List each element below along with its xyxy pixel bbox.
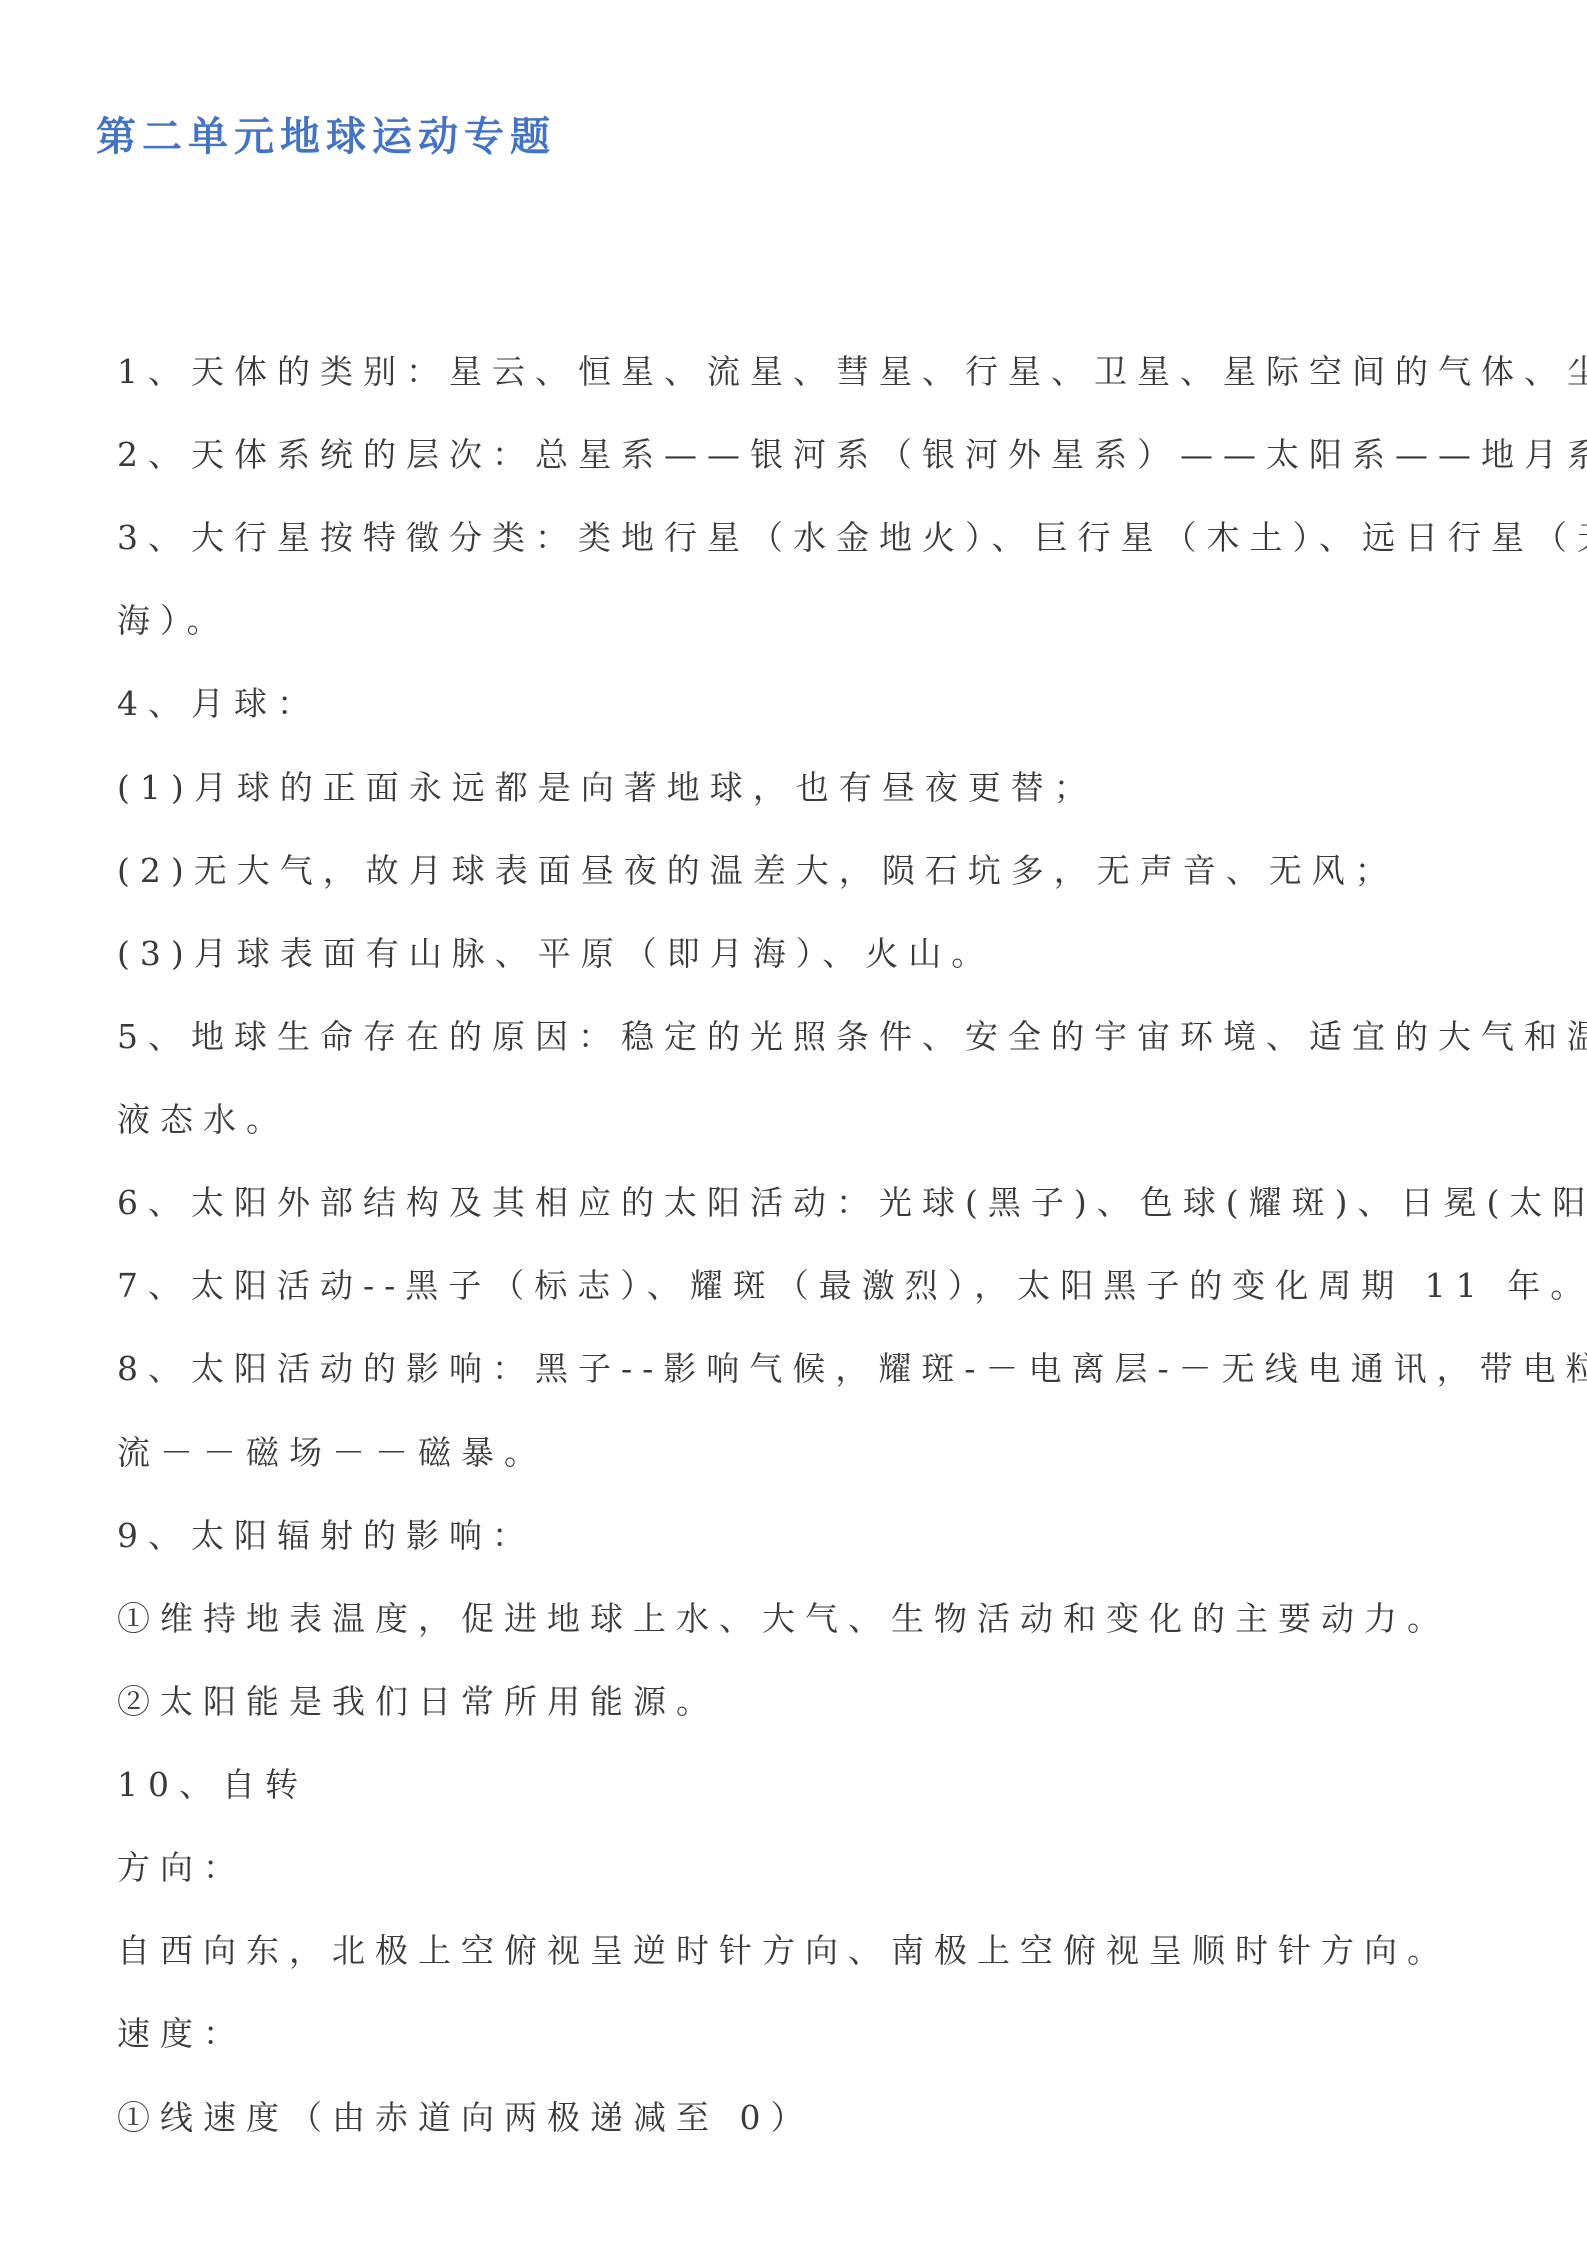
item-4-sub-1: (1)月球的正面永远都是向著地球，也有昼夜更替；	[117, 763, 1097, 813]
item-5-life-conditions: 5、地球生命存在的原因：稳定的光照条件、安全的宇宙环境、适宜的大气和温度、	[117, 1012, 1587, 1062]
item-7-solar-activity: 7、太阳活动--黑子（标志）、耀斑（最激烈），太阳黑子的变化周期 11 年。	[117, 1261, 1587, 1311]
item-4-moon-heading: 4、月球：	[117, 679, 320, 729]
rotation-direction-label: 方向：	[117, 1843, 246, 1893]
item-9-sub-1: ①维持地表温度，促进地球上水、大气、生物活动和变化的主要动力。	[117, 1594, 1450, 1644]
item-9-sub-2: ②太阳能是我们日常所用能源。	[117, 1677, 719, 1727]
item-6-sun-structure: 6、太阳外部结构及其相应的太阳活动：光球(黑子)、色球(耀斑)、日冕(太阳风)。	[117, 1178, 1587, 1228]
item-1-celestial-bodies: 1、天体的类别：星云、恒星、流星、彗星、行星、卫星、星际空间的气体、尘埃等。	[117, 347, 1587, 397]
item-4-sub-3: (3)月球表面有山脉、平原（即月海）、火山。	[117, 929, 994, 979]
item-5-continuation: 液态水。	[117, 1095, 289, 1145]
item-10-rotation-heading: 10、自转	[117, 1760, 308, 1810]
rotation-speed-label: 速度：	[117, 2009, 246, 2059]
rotation-direction-text: 自西向东，北极上空俯视呈逆时针方向、南极上空俯视呈顺时针方向。	[117, 1926, 1450, 1976]
item-4-sub-2: (2)无大气，故月球表面昼夜的温差大，陨石坑多，无声音、无风；	[117, 846, 1398, 896]
item-8-solar-activity-effects: 8、太阳活动的影响：黑子--影响气候，耀斑-－电离层-－无线电通讯，带电粒子	[117, 1344, 1587, 1394]
rotation-linear-speed: ①线速度（由赤道向两极递减至 0）	[117, 2093, 814, 2143]
item-8-continuation: 流－－磁场－－磁暴。	[117, 1428, 547, 1478]
item-2-celestial-systems: 2、天体系统的层次：总星系——银河系（银河外星系）——太阳系——地月系	[117, 430, 1587, 480]
document-page: 第二单元地球运动专题 1、天体的类别：星云、恒星、流星、彗星、行星、卫星、星际空…	[0, 0, 1587, 2245]
item-3-continuation: 海）。	[117, 596, 230, 646]
item-9-solar-radiation-heading: 9、太阳辐射的影响：	[117, 1511, 535, 1561]
item-3-planet-classification: 3、大行星按特徵分类：类地行星（水金地火）、巨行星（木土）、远日行星（天、	[117, 513, 1587, 563]
document-title: 第二单元地球运动专题	[96, 112, 556, 162]
